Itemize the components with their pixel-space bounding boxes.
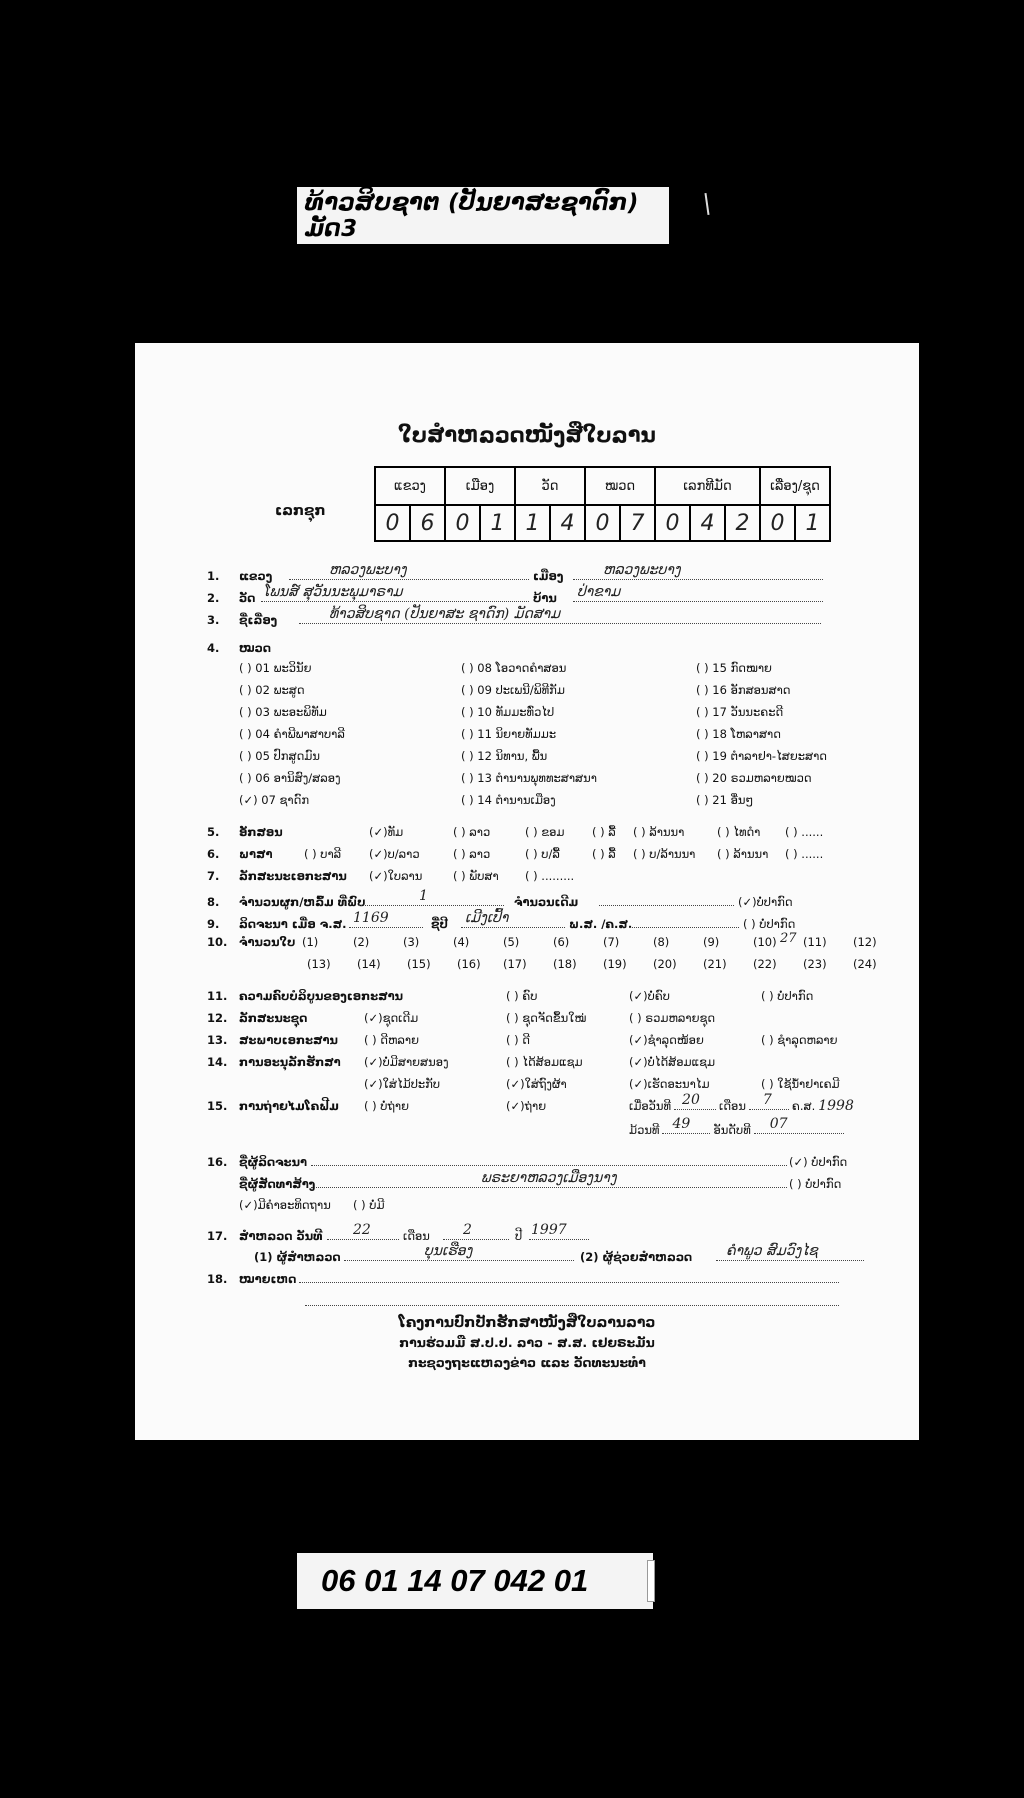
item-temple: 2. ວັດ ໂພນສ໌ ສຸວັນນະພຸມາຣາມ ບ້ານ ປ່າຂາມ — [207, 587, 823, 605]
manuscript-code-label: 06 01 14 07 042 01 — [297, 1553, 653, 1609]
manuscript-survey-form: ໃບສຳຫລວດໜັງສືໃບລານ ເລກຊຸກ ແຂວງ ເມືອງ ວັດ… — [135, 343, 919, 1440]
condition-option[interactable]: ( ) ຊຳລຸດຫລາຍ — [761, 1033, 838, 1047]
code-digit: 0 — [585, 505, 620, 541]
code-digit: 1 — [795, 505, 830, 541]
scribe-not-shown-option-selected[interactable]: (✓) ບໍ່ປາກົດ — [789, 1155, 847, 1169]
item-condition: 13. ສະພາບເອກະສານ — [207, 1033, 338, 1047]
code-label: ເລກຊຸກ — [275, 503, 326, 519]
item-title: 3. ຊື່ເລື່ອງ ທ້າວສິບຊາດ (ປັນຍາສະ ຊາດົກ) … — [207, 609, 821, 627]
language-option[interactable]: ( ) ...... — [785, 847, 823, 861]
item-category: 4. ໝວດ — [207, 641, 271, 655]
temple-field[interactable]: ໂພນສ໌ ສຸວັນນະພຸມາຣາມ — [261, 587, 529, 602]
category-option[interactable]: ( ) 10 ທັມມະທົ່ວໄປ — [461, 705, 554, 719]
completeness-option[interactable]: ( ) ຄົບ — [506, 989, 537, 1003]
footer-cooperation: ການຮ່ວມມື ສ.ປ.ປ. ລາວ - ສ.ສ. ເຢຍຣະມັນ — [135, 1333, 919, 1353]
doctype-option-selected[interactable]: (✓)ໃບລານ — [369, 869, 422, 883]
category-option[interactable]: ( ) 14 ຕຳນານເມືອງ — [461, 793, 556, 807]
conservation-option-selected[interactable]: (✓)ບໍ່ໄດ້ສ້ອມແຊມ — [629, 1055, 715, 1069]
condition-option[interactable]: ( ) ດີ — [506, 1033, 530, 1047]
remarks-field-line2[interactable] — [305, 1291, 839, 1306]
completeness-option-selected[interactable]: (✓)ບໍ່ຄົບ — [629, 989, 670, 1003]
category-option[interactable]: ( ) 16 ອັກສອນສາດ — [696, 683, 791, 697]
category-option[interactable]: ( ) 17 ວັນນະຄະດີ — [696, 705, 783, 719]
settype-option-selected[interactable]: (✓)ຊຸດເດີມ — [364, 1011, 418, 1025]
category-option[interactable]: ( ) 18 ໂຫລາສາດ — [696, 727, 781, 741]
item-scribe: 16. ຊື່ຜູ້ລິດຈະນາ (✓) ບໍ່ປາກົດ — [207, 1151, 847, 1169]
footer-project: ໂຄງການປົກປັກຮັກສາໜັງສືໃບລານລາວ — [135, 1313, 919, 1333]
year-name-field[interactable]: ເມີງເປົ້າ — [461, 913, 565, 928]
code-digit: 7 — [620, 505, 655, 541]
code-header-title-set: ເລື່ອງ/ຊຸດ — [760, 467, 830, 505]
not-shown-option[interactable]: ( ) ບໍ່ປາກົດ — [743, 917, 795, 931]
code-digit: 1 — [515, 505, 550, 541]
assistant-surveyor-field[interactable]: ຄຳພູວ ສົມວົງໄຊ — [716, 1246, 864, 1261]
code-table: ແຂວງ ເມືອງ ວັດ ໝວດ ເລກທີມັດ ເລື່ອງ/ຊຸດ 0… — [374, 466, 831, 542]
microfilm-roll: ມ້ວນທີ 49 ອັນດັບທີ 07 — [629, 1119, 844, 1137]
code-digit: 0 — [760, 505, 795, 541]
category-option[interactable]: ( ) 15 ກົດໝາຍ — [696, 661, 772, 675]
completeness-option[interactable]: ( ) ບໍ່ປາກົດ — [761, 989, 813, 1003]
script-option[interactable]: ( ) ໄທດຳ — [717, 825, 760, 839]
code-digit: 6 — [410, 505, 445, 541]
category-option[interactable]: ( ) 04 ຄຳພີພາສາບາລີ — [239, 727, 345, 741]
microfilm-date: ເມື່ອວັນທີ 20 ເດືອນ 7 ຄ.ສ. 1998 — [629, 1095, 854, 1114]
category-option[interactable]: ( ) 08 ໂອວາດຄຳສອນ — [461, 661, 566, 675]
code-header-province: ແຂວງ — [375, 467, 445, 505]
item-province: 1. ແຂວງ ຫລວງພະບາງ ເມືອງ ຫລວງພະບາງ — [207, 565, 823, 583]
language-option[interactable]: ( ) ບ/ລື້ — [525, 847, 560, 861]
edge-mark — [647, 1560, 655, 1602]
survey-day-field[interactable]: 22 — [327, 1225, 399, 1240]
scribe-field[interactable] — [311, 1151, 787, 1166]
doctype-option[interactable]: ( ) ພັບສາ — [453, 869, 499, 883]
condition-option-selected[interactable]: (✓)ຊຳລຸດໜ້ອຍ — [629, 1033, 704, 1047]
footer-ministry: ກະຊວງຖະແຫລງຂ່າວ ແລະ ວັດທະນະທຳ — [135, 1353, 919, 1373]
item-script: 5. ອັກສອນ — [207, 825, 283, 839]
category-option[interactable]: ( ) 01 ພະວິນັຍ — [239, 661, 312, 675]
code-digit: 4 — [690, 505, 725, 541]
item-surveyors: (1) ຜູ້ສຳຫລວດ ບຸນເຮືອງ (2) ຜູ້ຊ່ວຍສຳຫລວດ… — [254, 1246, 864, 1264]
conservation-option-selected[interactable]: (✓)ໃສ່ຖົງຜ້າ — [506, 1077, 567, 1091]
item-set-type: 12. ລັກສະນະຊຸດ — [207, 1011, 307, 1025]
code-header-temple: ວັດ — [515, 467, 585, 505]
code-header-category: ໝວດ — [585, 467, 655, 505]
category-option[interactable]: ( ) 13 ຕຳນານພຸທທະສາສນາ — [461, 771, 597, 785]
not-shown-option-selected[interactable]: (✓)ບໍ່ປາກົດ — [738, 895, 793, 909]
sponsor-not-shown-option[interactable]: ( ) ບໍ່ປາກົດ — [789, 1177, 841, 1191]
category-option[interactable]: ( ) 11 ນິຍາຍທັມມະ — [461, 727, 556, 741]
script-option[interactable]: ( ) ລື້ — [592, 825, 616, 839]
category-option[interactable]: ( ) 02 ພະສູດ — [239, 683, 305, 697]
language-option-selected[interactable]: (✓)ບ/ລາວ — [369, 847, 420, 861]
survey-year-field[interactable]: 1997 — [529, 1225, 589, 1240]
survey-month-field[interactable]: 2 — [443, 1225, 509, 1240]
script-option[interactable]: ( ) ລາວ — [453, 825, 490, 839]
no-prayer-option[interactable]: ( ) ບໍ່ມີ — [353, 1198, 385, 1212]
category-option[interactable]: ( ) 06 ອານິສົງ/ສລອງ — [239, 771, 341, 785]
doctype-option[interactable]: ( ) ......... — [525, 869, 574, 883]
language-option[interactable]: ( ) ບາລີ — [304, 847, 341, 861]
bundles-found-field[interactable]: 1 — [359, 891, 504, 906]
has-prayer-option-selected[interactable]: (✓)ມີຄຳອະທິດຖານ — [239, 1198, 331, 1212]
be-ad-year-field[interactable] — [629, 913, 739, 928]
settype-option[interactable]: ( ) ຊຸດຈັດຂຶ້ນໃໝ່ — [506, 1011, 586, 1025]
volume-title-label: ທ້າວສິບຊາຕ (ປັນຍາສະຊາດົກ) ມັດ3 — [297, 187, 669, 244]
script-option[interactable]: ( ) ...... — [785, 825, 823, 839]
category-option[interactable]: ( ) 19 ຕຳລາຢາ-ໄສຍະສາດ — [696, 749, 827, 763]
order-number-field[interactable]: 07 — [754, 1119, 844, 1134]
item-sponsor: ຊື່ຜູ້ສັດທາສ້າງ ພຣະຍາຫລວງເມືອງນາງ ( ) ບໍ… — [239, 1173, 841, 1191]
condition-option[interactable]: ( ) ດີຫລາຍ — [364, 1033, 419, 1047]
item-remarks: 18. ໝາຍເຫດ — [207, 1268, 839, 1286]
form-footer: ໂຄງການປົກປັກຮັກສາໜັງສືໃບລານລາວ ການຮ່ວມມື… — [135, 1313, 919, 1373]
code-digit: 2 — [725, 505, 760, 541]
microfilm-option-selected[interactable]: (✓)ຖ່າຍ — [506, 1099, 546, 1113]
item-leaf-count: 10. ຈຳນວນໃບ — [207, 935, 295, 949]
language-option[interactable]: ( ) ລາວ — [453, 847, 490, 861]
category-option-selected[interactable]: (✓) 07 ຊາດົກ — [239, 793, 309, 807]
province-field[interactable]: ຫລວງພະບາງ — [289, 565, 529, 580]
category-option[interactable]: ( ) 20 ຣວມຫລາຍໝວດ — [696, 771, 812, 785]
category-option[interactable]: ( ) 05 ປົກສູດມົນ — [239, 749, 320, 763]
edge-mark — [704, 193, 709, 215]
conservation-option-selected[interactable]: (✓)ໃສ່ໄມ້ປະກັບ — [364, 1077, 440, 1091]
microfilm-month-field[interactable]: 7 — [749, 1095, 789, 1110]
code-header-district: ເມືອງ — [445, 467, 515, 505]
code-digit: 4 — [550, 505, 585, 541]
language-option[interactable]: ( ) ລ້ານນາ — [717, 847, 768, 861]
remarks-field[interactable] — [299, 1268, 839, 1283]
category-option[interactable]: ( ) 09 ປະເພນີ/ພິທີກັມ — [461, 683, 565, 697]
district-field[interactable]: ຫລວງພະບາງ — [573, 565, 823, 580]
title-field[interactable]: ທ້າວສິບຊາດ (ປັນຍາສະ ຊາດົກ) ມັດສາມ — [299, 609, 821, 624]
settype-option[interactable]: ( ) ຣວມຫລາຍຊຸດ — [629, 1011, 715, 1025]
microfilm-option[interactable]: ( ) ບໍ່ຖ່າຍ — [364, 1099, 409, 1113]
code-header-bundle-no: ເລກທີມັດ — [655, 467, 760, 505]
item-conservation: 14. ການອະນຸລັກຮັກສາ — [207, 1055, 341, 1069]
script-option[interactable]: ( ) ຂອມ — [525, 825, 565, 839]
category-option[interactable]: ( ) 21 ອື່ນໆ — [696, 793, 753, 807]
item-completeness: 11. ຄວາມຄົບບໍລິບູນຂອງເອກະສານ — [207, 989, 403, 1003]
original-count-field[interactable] — [599, 891, 734, 906]
surveyor-field[interactable]: ບຸນເຮືອງ — [344, 1246, 574, 1261]
village-field[interactable]: ປ່າຂາມ — [573, 587, 823, 602]
item-bundle-count: 8. ຈຳນວນຜູກ/ຫລົ້ມ ທີ່ພົບ 1 ຈຳນວນເດີມ (✓)… — [207, 891, 793, 909]
form-title: ໃບສຳຫລວດໜັງສືໃບລານ — [135, 423, 919, 447]
code-digit: 0 — [375, 505, 410, 541]
script-option[interactable]: ( ) ລ້ານນາ — [633, 825, 684, 839]
language-option[interactable]: ( ) ບ/ລ້ານນາ — [633, 847, 695, 861]
language-option[interactable]: ( ) ລື້ — [592, 847, 616, 861]
conservation-option[interactable]: ( ) ໄດ້ສ້ອມແຊມ — [506, 1055, 583, 1069]
conservation-option[interactable]: ( ) ໃຊ້ນ້ຳຢາເຄມີ — [761, 1077, 840, 1091]
item-language: 6. ພາສາ — [207, 847, 273, 861]
script-option-selected[interactable]: (✓)ທັມ — [369, 825, 403, 839]
conservation-option-selected[interactable]: (✓)ເຮັດອະນາໄມ — [629, 1077, 710, 1091]
conservation-option-selected[interactable]: (✓)ບໍ່ມີສາຍສນອງ — [364, 1055, 449, 1069]
category-option[interactable]: ( ) 03 ພະອະພິທັມ — [239, 705, 327, 719]
item-survey-date: 17. ສຳຫລວດ ວັນທີ 22 ເດືອນ 2 ປີ 1997 — [207, 1225, 589, 1243]
category-option[interactable]: ( ) 12 ນິທານ, ພື້ນ — [461, 749, 547, 763]
item-microfilm: 15. ການຖ່າຍໄມໂຄຟີມ — [207, 1099, 339, 1113]
sponsor-field[interactable]: ພຣະຍາຫລວງເມືອງນາງ — [311, 1173, 787, 1188]
code-digit: 0 — [655, 505, 690, 541]
roll-number-field[interactable]: 49 — [662, 1119, 710, 1134]
cs-year-field[interactable]: 1169 — [349, 913, 423, 928]
microfilm-year: 1998 — [818, 1098, 854, 1114]
code-digit: 0 — [445, 505, 480, 541]
code-digit: 1 — [480, 505, 515, 541]
microfilm-day-field[interactable]: 20 — [674, 1095, 716, 1110]
item-composed-date: 9. ລິດຈະນາ ເມື່ອ ຈ.ສ. 1169 ຊື່ປີ ເມີງເປົ… — [207, 913, 795, 931]
item-document-type: 7. ລັກສະນະເອກະສານ — [207, 869, 347, 883]
